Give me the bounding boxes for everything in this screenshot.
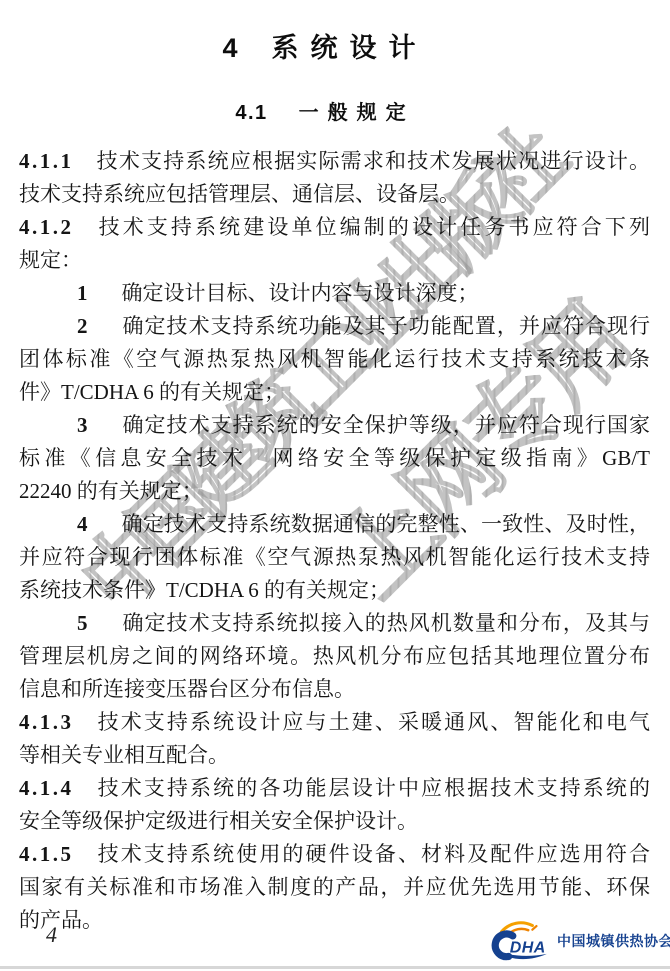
body-line: 系统技术条件》T/CDHA 6 的有关规定； bbox=[19, 574, 650, 607]
cdha-logo: DHA 中国城镇供热协会 bbox=[486, 920, 670, 962]
cdha-c-mark-icon: DHA bbox=[486, 920, 554, 962]
body-line: 管理层机房之间的网络环境。热风机分布应包括其地理位置分布 bbox=[19, 640, 650, 673]
body-line: 4.1.4技术支持系统的各功能层设计中应根据技术支持系统的 bbox=[19, 772, 650, 805]
line-text: 标准《信息安全技术 网络安全等级保护定级指南》GB/T bbox=[19, 446, 650, 470]
line-text: 并应符合现行团体标准《空气源热泵热风机智能化运行技术支持 bbox=[19, 545, 650, 569]
body-line: 4.1.3技术支持系统设计应与土建、采暖通风、智能化和电气 bbox=[19, 706, 650, 739]
body-line: 4.1.1技术支持系统应根据实际需求和技术发展状况进行设计。 bbox=[19, 145, 650, 178]
line-text: 等相关专业相互配合。 bbox=[19, 743, 229, 767]
body-line: 4确定技术支持系统数据通信的完整性、一致性、及时性， bbox=[19, 508, 650, 541]
body-line: 团体标准《空气源热泵热风机智能化运行技术支持系统技术条 bbox=[19, 343, 650, 376]
line-text: 确定技术支持系统拟接入的热风机数量和分布，及其与 bbox=[122, 611, 651, 635]
line-text: 安全等级保护定级进行相关安全保护设计。 bbox=[19, 809, 418, 833]
body-line: 标准《信息安全技术 网络安全等级保护定级指南》GB/T bbox=[19, 442, 650, 475]
line-text: 国家有关标准和市场准入制度的产品，并应优先选用节能、环保 bbox=[19, 875, 650, 899]
body-line: 2确定技术支持系统功能及其子功能配置，并应符合现行 bbox=[19, 310, 650, 343]
body-line: 件》T/CDHA 6 的有关规定； bbox=[19, 376, 650, 409]
line-text: 确定技术支持系统数据通信的完整性、一致性、及时性， bbox=[122, 512, 651, 536]
clause-number: 5 bbox=[77, 611, 88, 635]
line-text: 件》T/CDHA 6 的有关规定； bbox=[19, 380, 285, 404]
body-line: 22240 的有关规定； bbox=[19, 475, 650, 508]
body-line: 1确定设计目标、设计内容与设计深度； bbox=[19, 277, 650, 310]
body-line: 等相关专业相互配合。 bbox=[19, 739, 650, 772]
body-line: 安全等级保护定级进行相关安全保护设计。 bbox=[19, 805, 650, 838]
body-line: 5确定技术支持系统拟接入的热风机数量和分布，及其与 bbox=[19, 607, 650, 640]
section-title-text: 一般规定 bbox=[290, 102, 415, 124]
line-text: 确定技术支持系统的安全保护等级，并应符合现行国家 bbox=[122, 413, 651, 437]
line-text: 信息和所连接变压器台区分布信息。 bbox=[19, 677, 355, 701]
line-text: 管理层机房之间的网络环境。热风机分布应包括其地理位置分布 bbox=[19, 644, 650, 668]
section-title: 4.1一般规定 bbox=[10, 96, 640, 125]
body-line: 4.1.5技术支持系统使用的硬件设备、材料及配件应选用符合 bbox=[19, 838, 650, 871]
clause-number: 4 bbox=[77, 512, 88, 536]
clause-number: 3 bbox=[77, 413, 88, 437]
document-page: 中国建筑工业出版社 上网专用 4系统设计 4.1一般规定 4.1.1技术支持系统… bbox=[0, 0, 670, 971]
clause-number: 1 bbox=[77, 281, 88, 305]
clause-number: 4.1.4 bbox=[19, 776, 74, 800]
page-number: 4 bbox=[46, 922, 57, 948]
body-line: 4.1.2技术支持系统建设单位编制的设计任务书应符合下列 bbox=[19, 211, 650, 244]
line-text: 22240 的有关规定； bbox=[19, 479, 203, 503]
body-line: 并应符合现行团体标准《空气源热泵热风机智能化运行技术支持 bbox=[19, 541, 650, 574]
line-text: 技术支持系统使用的硬件设备、材料及配件应选用符合 bbox=[96, 842, 651, 866]
line-text: 技术支持系统的各功能层设计中应根据技术支持系统的 bbox=[96, 776, 651, 800]
line-text: 技术支持系统建设单位编制的设计任务书应符合下列 bbox=[96, 215, 651, 239]
line-text: 规定： bbox=[19, 248, 82, 272]
cdha-org-name: 中国城镇供热协会 bbox=[557, 931, 670, 951]
line-text: 的产品。 bbox=[19, 908, 103, 932]
chapter-title-text: 系统设计 bbox=[260, 33, 428, 63]
body-line: 国家有关标准和市场准入制度的产品，并应优先选用节能、环保 bbox=[19, 871, 650, 904]
line-text: 技术支持系统应根据实际需求和技术发展状况进行设计。 bbox=[96, 149, 651, 173]
line-text: 确定技术支持系统功能及其子功能配置，并应符合现行 bbox=[122, 314, 651, 338]
line-text: 系统技术条件》T/CDHA 6 的有关规定； bbox=[19, 578, 390, 602]
section-number: 4.1 bbox=[235, 102, 267, 124]
body-line: 信息和所连接变压器台区分布信息。 bbox=[19, 673, 650, 706]
body-text: 4.1.1技术支持系统应根据实际需求和技术发展状况进行设计。技术支持系统应包括管… bbox=[19, 145, 650, 937]
body-line: 规定： bbox=[19, 244, 650, 277]
line-text: 团体标准《空气源热泵热风机智能化运行技术支持系统技术条 bbox=[19, 347, 650, 371]
line-text: 技术支持系统应包括管理层、通信层、设备层。 bbox=[19, 182, 460, 206]
clause-number: 4.1.3 bbox=[19, 710, 74, 734]
body-line: 技术支持系统应包括管理层、通信层、设备层。 bbox=[19, 178, 650, 211]
line-text: 确定设计目标、设计内容与设计深度； bbox=[122, 281, 479, 305]
chapter-title: 4系统设计 bbox=[10, 26, 640, 65]
clause-number: 4.1.1 bbox=[19, 149, 74, 173]
clause-number: 4.1.5 bbox=[19, 842, 74, 866]
line-text: 技术支持系统设计应与土建、采暖通风、智能化和电气 bbox=[96, 710, 651, 734]
chapter-number: 4 bbox=[222, 33, 239, 63]
scan-edge-artifact bbox=[0, 966, 670, 969]
clause-number: 4.1.2 bbox=[19, 215, 74, 239]
body-line: 3确定技术支持系统的安全保护等级，并应符合现行国家 bbox=[19, 409, 650, 442]
cdha-letters: DHA bbox=[510, 939, 546, 956]
clause-number: 2 bbox=[77, 314, 88, 338]
